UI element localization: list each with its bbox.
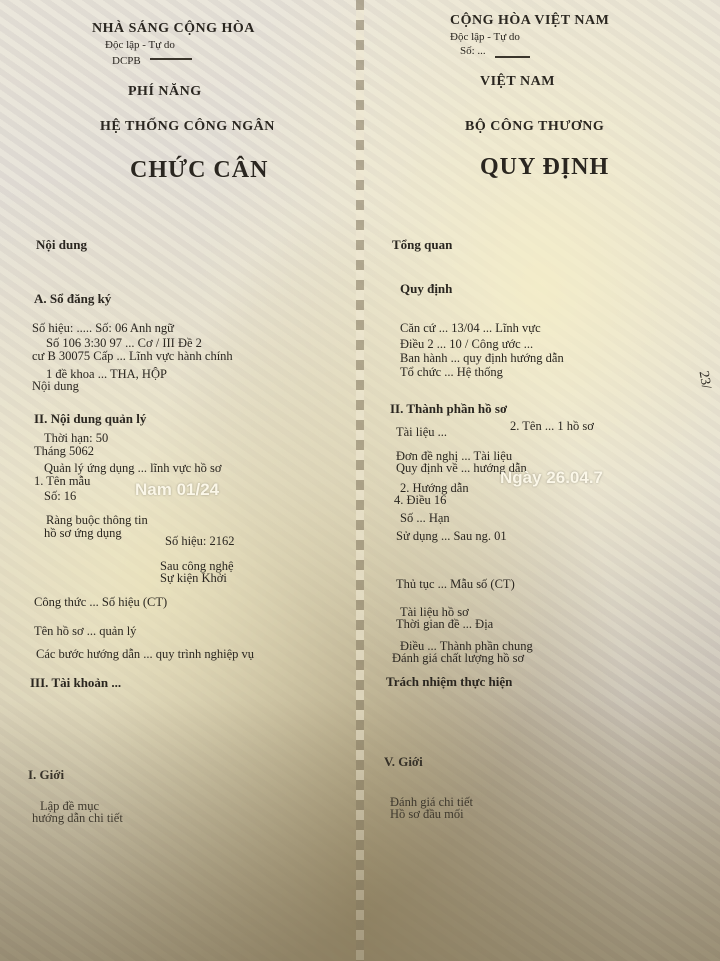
left-section-c: III. Tài khoản ... [30,676,121,689]
right-document-title: QUY ĐỊNH [480,155,609,179]
left-line-d-2: hướng dẫn chi tiết [32,812,123,825]
left-line-a-3: cư B 30075 Cấp ... Lĩnh vực hành chính [32,350,233,363]
left-section-a: A. Sổ đăng ký [34,292,111,305]
left-line-b-3: Quản lý ứng dụng ... lĩnh vực hồ sơ [44,462,221,475]
left-date-overlay: Nam 01/24 [135,480,219,500]
right-line-a-3: Ban hành ... quy định hướng dẫn [400,352,564,365]
right-section-c: Trách nhiệm thực hiện [386,675,512,688]
left-org-line: HỆ THỐNG CÔNG NGÂN [100,120,275,134]
left-line-b-13: Các bước hướng dẫn ... quy trình nghiệp … [36,648,254,661]
left-line-b-5: Số: 16 [44,490,76,503]
right-header-rule [495,56,530,58]
right-line-b-1: Tài liệu ... [396,426,447,439]
left-line-a-2: Số 106 3:30 97 ... Cơ / III Đề 2 [46,337,202,350]
left-section-intro: Nội dung [36,238,87,251]
left-document-title: CHỨC CÂN [130,158,268,182]
left-document-page: NHÀ SÁNG CỘNG HÒA Độc lập - Tự do DCPB P… [0,0,360,961]
left-subheader: PHÍ NĂNG [128,85,202,99]
right-section-a: Quy định [400,282,452,295]
left-line-b-7: hồ sơ ứng dụng [44,527,122,540]
left-header-line-3: DCPB [112,56,141,67]
right-date-overlay: Ngày 26.04.7 [500,468,603,488]
right-line-a-1: Căn cứ ... 13/04 ... Lĩnh vực [400,322,541,335]
left-line-b-6: Ràng buộc thông tin [46,514,148,527]
right-section-intro: Tổng quan [392,238,452,251]
right-line-d-2: Hồ sơ đầu mối [390,808,464,821]
right-line-b-8: Sử dụng ... Sau ng. 01 [396,530,507,543]
right-line-b-9: Thủ tục ... Mẫu số (CT) [396,578,515,591]
left-line-b-4: 1. Tên mẫu [34,475,90,488]
right-line-b-11: Thời gian đề ... Địa [396,618,493,631]
left-line-b-11: Công thức ... Số hiệu (CT) [34,596,167,609]
right-margin-stamp: 23/ [695,370,714,390]
right-line-a-2: Điều 2 ... 10 / Công ước ... [400,338,533,351]
left-section-b: II. Nội dung quản lý [34,412,146,425]
right-line-a-4: Tổ chức ... Hệ thống [400,366,503,379]
left-section-d: I. Giới [28,768,64,781]
right-subheader: VIỆT NAM [480,75,555,89]
right-header-line-2: Độc lập - Tự do [450,32,520,43]
right-section-d: V. Giới [384,755,423,768]
right-line-b-7: Số ... Hạn [400,512,450,525]
left-line-a-1: Số hiệu: ..... Số: 06 Anh ngữ [32,322,174,335]
right-org-line: BỘ CÔNG THƯƠNG [465,120,604,134]
left-line-b-12: Tên hồ sơ ... quản lý [34,625,136,638]
right-line-b-6: 4. Điều 16 [394,494,446,507]
right-document-page: CỘNG HÒA VIỆT NAM Độc lập - Tự do Số: ..… [360,0,720,961]
left-line-b-8: Số hiệu: 2162 [165,535,234,548]
right-section-b: II. Thành phần hồ sơ [390,402,507,415]
left-header-line-2: Độc lập - Tự do [105,40,175,51]
left-line-b-2: Tháng 5062 [34,445,94,458]
left-line-a-5: Nội dung [32,380,79,393]
left-header-rule [150,58,192,60]
left-line-b-1: Thời hạn: 50 [44,432,108,445]
left-line-b-10: Sự kiện Khởi [160,572,227,585]
right-header-line-1: CỘNG HÒA VIỆT NAM [450,14,609,28]
left-header-line-1: NHÀ SÁNG CỘNG HÒA [92,22,255,36]
right-line-b-2: 2. Tên ... 1 hồ sơ [510,420,594,433]
right-header-line-3: Số: ... [460,46,486,57]
right-line-b-13: Đánh giá chất lượng hồ sơ [392,652,524,665]
